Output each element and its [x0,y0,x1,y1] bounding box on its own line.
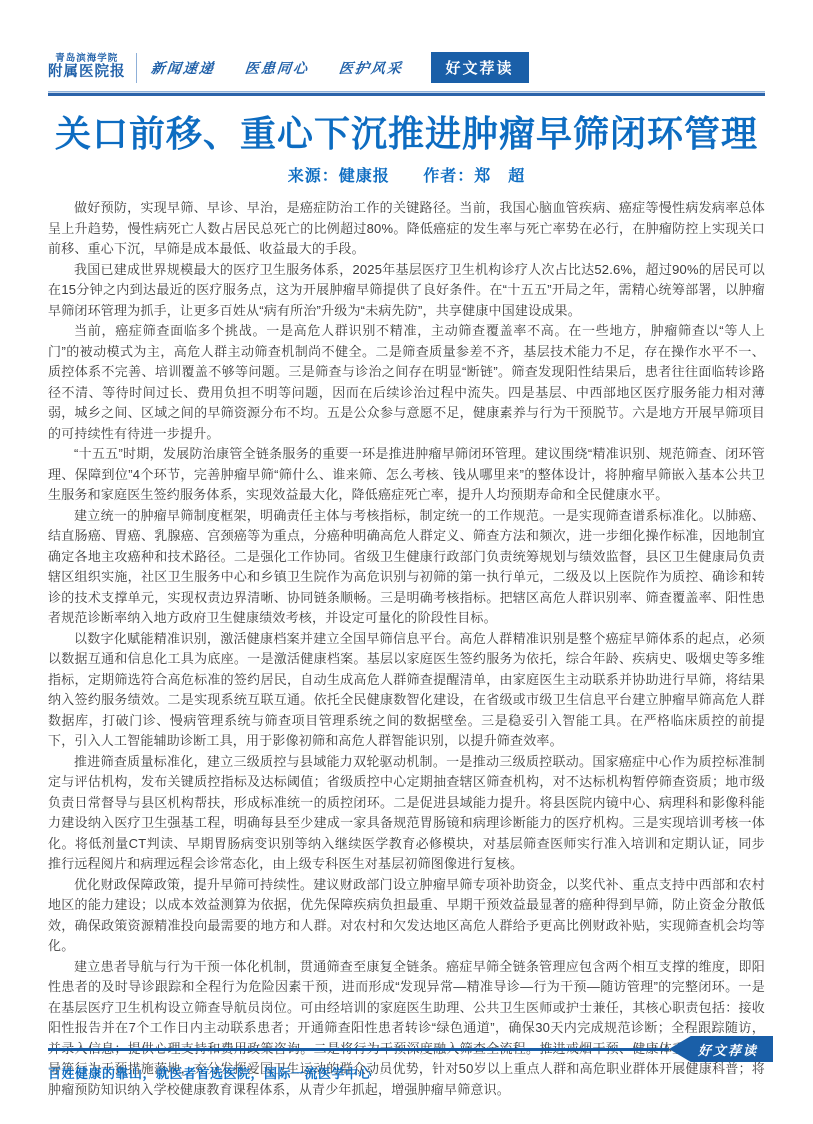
article-content: 关口前移、重心下沉推进肿瘤早筛闭环管理 来源：健康报 作者：郑 超 做好预防，实… [0,112,813,1100]
masthead-divider [136,53,137,83]
article-body: 做好预防，实现早筛、早诊、早治，是癌症防治工作的关键路径。当前，我国心脑血管疾病… [48,198,765,1100]
byline-author: 作者：郑 超 [423,163,525,186]
paragraph: 建立统一的肿瘤早筛制度框架，明确责任主体与考核指标，制定统一的工作规范。一是实现… [48,506,765,629]
paragraph: 推进筛查质量标准化，建立三级质控与县域能力双轮驱动机制。一是推动三级质控联动。国… [48,752,765,875]
header-slogan-nursing: 医护风采 [337,58,403,78]
article-title: 关口前移、重心下沉推进肿瘤早筛闭环管理 [48,112,765,155]
header-slogans: 新闻速递 医患同心 医护风采 [149,58,403,78]
header-slogan-news: 新闻速递 [149,58,215,78]
header-slogan-doctor-patient: 医患同心 [243,58,309,78]
page-header: 青岛滨海学院 附属医院报 新闻速递 医患同心 医护风采 好文荐读 [0,0,813,89]
paragraph: 当前，癌症筛查面临多个挑战。一是高危人群识别不精准，主动筛查覆盖率不高。在一些地… [48,321,765,444]
footer-badge: 好文荐读 [669,1036,773,1062]
footer-rule [48,1048,669,1051]
header-rule [48,91,765,96]
paragraph: 我国已建成世界规模最大的医疗卫生服务体系，2025年基层医疗卫生机构诊疗人次占比… [48,260,765,322]
masthead-publication: 附属医院报 [48,65,126,81]
paragraph: “十五五”时期，发展防治康管全链条服务的重要一环是推进肿瘤早筛闭环管理。建议围绕… [48,444,765,506]
footer-slogan: 百姓健康的靠山，就医者首选医院，国际一流医学中心 [48,1063,372,1082]
paragraph: 以数字化赋能精准识别，激活健康档案并建立全国早筛信息平台。高危人群精准识别是整个… [48,629,765,752]
paragraph: 优化财政保障政策，提升早筛可持续性。建议财政部门设立肿瘤早筛专项补助资金，以奖代… [48,875,765,957]
newspaper-page: 青岛滨海学院 附属医院报 新闻速递 医患同心 医护风采 好文荐读 关口前移、重心… [0,0,813,1124]
paragraph: 做好预防，实现早筛、早诊、早治，是癌症防治工作的关键路径。当前，我国心脑血管疾病… [48,198,765,260]
byline: 来源：健康报 作者：郑 超 [48,163,765,186]
section-badge: 好文荐读 [431,52,529,83]
byline-source: 来源：健康报 [288,163,390,186]
page-footer: 好文荐读 [48,1036,773,1062]
masthead-logo: 青岛滨海学院 附属医院报 [48,54,136,80]
